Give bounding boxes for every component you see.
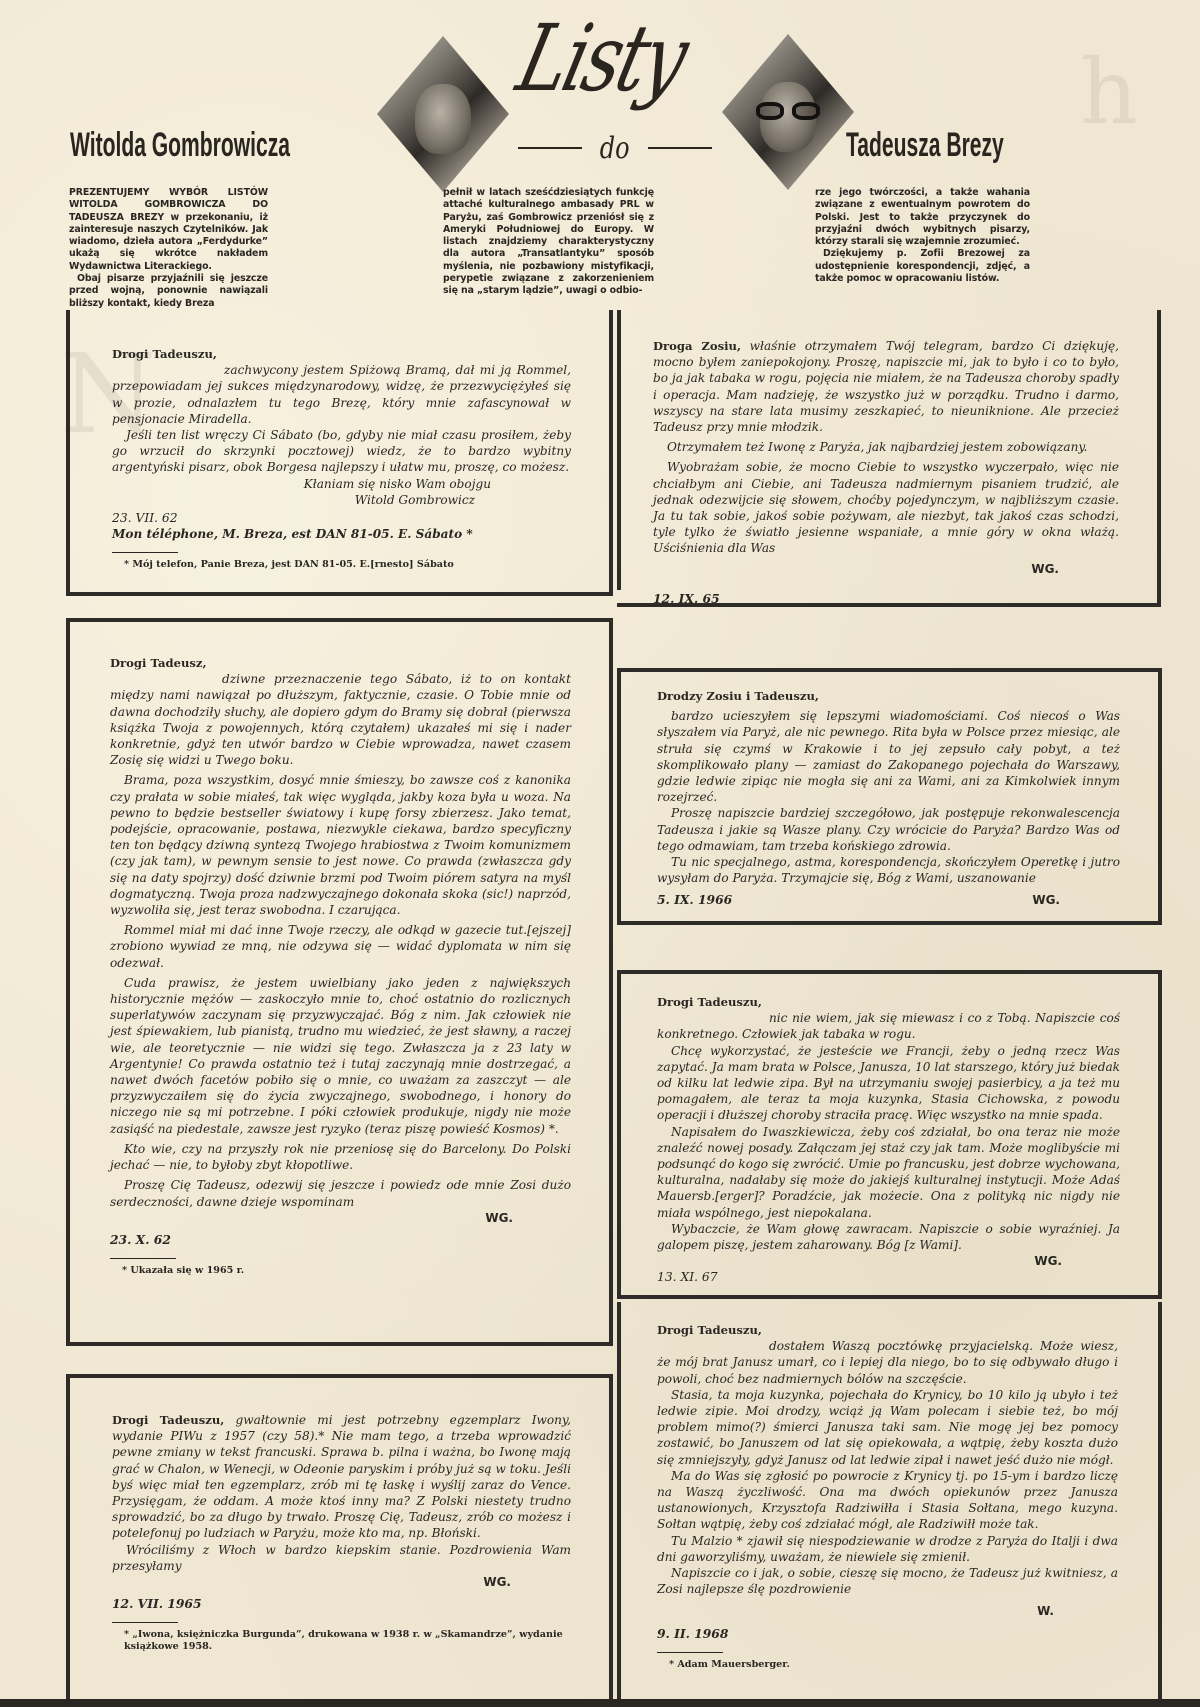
intro-paragraph: pełnił w latach sześćdziesiątych funkcję…	[443, 187, 654, 298]
letter-footnote: * „Iwona, księżniczka Burgunda”, drukowa…	[112, 1629, 571, 1653]
glasses-icon	[752, 102, 826, 122]
letter-signature: WG.	[1032, 892, 1120, 908]
box-left-border	[617, 310, 621, 590]
letter-salutation: Drogi Tadeuszu,	[112, 1413, 224, 1427]
letter-paragraph: nic nie wiem, jak się miewasz i co z Tob…	[657, 1010, 1120, 1042]
letter-paragraph: Cuda prawisz, że jestem uwielbiany jako …	[110, 975, 571, 1137]
footnote-rule	[112, 552, 178, 553]
letter-salutation: Drogi Tadeuszu,	[657, 1322, 1118, 1338]
portrait-breza	[722, 34, 854, 190]
rule-right	[648, 147, 712, 149]
letter-paragraph: Jeśli ten list wręczy Ci Sábato (bo, gdy…	[112, 427, 571, 476]
letter-signature: W.	[657, 1603, 1118, 1619]
letter-paragraph: Chcę wykorzystać, że jesteście we Francj…	[657, 1043, 1120, 1124]
letter-paragraph: dziwne przeznaczenie tego Sábato, iż to …	[110, 671, 571, 768]
letter-paragraph: Drogi Tadeuszu, gwałtownie mi jest potrz…	[112, 1412, 571, 1542]
letter-salutation: Drogi Tadeuszu,	[112, 346, 571, 362]
letter-signature: WG.	[657, 1253, 1120, 1269]
bleed-through-texture: h	[1080, 40, 1168, 145]
letter-date: 13. XI. 67	[657, 1269, 1120, 1285]
letter-paragraph: Napiszcie co i jak, o sobie, cieszę się …	[657, 1565, 1118, 1597]
letter-footnote: * Mój telefon, Panie Breza, jest DAN 81-…	[112, 559, 571, 571]
letter-box-1968-02-09: Drogi Tadeuszu, dostałem Waszą pocztówkę…	[617, 1302, 1162, 1707]
letter-salutation: Drogi Tadeuszu,	[657, 994, 1120, 1010]
letter-signature: Witold Gombrowicz	[112, 492, 571, 508]
author-from: Witolda Gombrowicza	[70, 120, 290, 170]
letter-box-1967-11-13: Drogi Tadeuszu, nic nie wiem, jak się mi…	[617, 970, 1162, 1299]
footnote-rule	[110, 1258, 176, 1259]
letter-salutation: Drogi Tadeusz,	[110, 655, 571, 671]
letter-paragraph: Proszę napiszcie bardziej szczegółowo, j…	[657, 805, 1120, 854]
letter-paragraph: Wyobrażam sobie, że mocno Ciebie to wszy…	[653, 459, 1119, 556]
letter-paragraph: Wróciliśmy z Włoch w bardzo kiepskim sta…	[112, 1542, 571, 1574]
page-bottom-edge	[0, 1699, 1200, 1707]
letter-date: 12. IX. 65	[653, 591, 1119, 607]
portrait-gombrowicz	[377, 36, 509, 192]
letter-date: 23. VII. 62	[112, 510, 571, 526]
letter-paragraph: Napisałem do Iwaszkiewicza, żeby coś zdz…	[657, 1124, 1120, 1221]
letter-box-1965-09-12: Droga Zosiu, właśnie otrzymałem Twój tel…	[617, 310, 1161, 607]
letter-signature: WG.	[653, 561, 1119, 577]
letter-paragraph: Otrzymałem też Iwonę z Paryża, jak najba…	[653, 439, 1119, 455]
intro-paragraph: PREZENTUJEMY WYBÓR LISTÓW WITOLDA GOMBRO…	[69, 187, 268, 273]
letter-paragraph: Stasia, ta moja kuzynka, pojechała do Kr…	[657, 1387, 1118, 1468]
letter-salutation: Drodzy Zosiu i Tadeuszu,	[657, 688, 1120, 704]
footnote-rule	[112, 1622, 178, 1623]
letter-box-1966-09-05: Drodzy Zosiu i Tadeuszu, bardzo ucieszył…	[617, 668, 1162, 925]
letter-footnote: * Adam Mauersberger.	[657, 1659, 1118, 1671]
letter-paragraph: dostałem Waszą pocztówkę przyjacielską. …	[657, 1338, 1118, 1387]
footnote-rule	[657, 1652, 723, 1653]
connector-word: do	[600, 131, 630, 166]
letter-date: 23. X. 62	[110, 1232, 571, 1248]
letter-paragraph: Ma do Was się zgłosić po powrocie z Kryn…	[657, 1468, 1118, 1533]
letter-date: 12. VII. 1965	[112, 1596, 571, 1612]
letter-paragraph: zachwycony jestem Spiżową Bramą, dał mi …	[112, 362, 571, 427]
letter-text: gwałtownie mi jest potrzebny egzemplarz …	[112, 1413, 571, 1540]
letter-paragraph: Kto wie, czy na przyszły rok nie przenio…	[110, 1141, 571, 1173]
title-connector: do	[490, 128, 740, 168]
intro-paragraph: rze jego twórczości, a także wahania zwi…	[815, 187, 1030, 248]
letter-date: 9. II. 1968	[657, 1626, 1118, 1642]
letter-box-1962-07-23: Drogi Tadeuszu, zachwycony jestem Spiżow…	[66, 310, 613, 596]
letter-postscript: Mon téléphone, M. Breza, est DAN 81-05. …	[112, 526, 571, 542]
letter-closing: Kłaniam się nisko Wam obojgu	[112, 476, 571, 492]
letter-text: właśnie otrzymałem Twój telegram, bardzo…	[653, 339, 1119, 434]
letter-box-1965-07-12: Drogi Tadeuszu, gwałtownie mi jest potrz…	[66, 1374, 613, 1707]
letter-box-1962-10-23: Drogi Tadeusz, dziwne przeznaczenie tego…	[66, 618, 613, 1346]
letter-paragraph: Wybaczcie, że Wam głowę zawracam. Napisz…	[657, 1221, 1120, 1253]
letter-paragraph: bardzo ucieszyłem się lepszymi wiadomośc…	[657, 708, 1120, 805]
intro-column-3: rze jego twórczości, a także wahania zwi…	[815, 187, 1030, 285]
letter-footnote: * Ukazała się w 1965 r.	[110, 1265, 571, 1277]
letter-paragraph: Rommel miał mi dać inne Twoje rzeczy, al…	[110, 922, 571, 971]
letter-date: 5. IX. 1966	[657, 892, 732, 908]
intro-paragraph: Obaj pisarze przyjaźnili się jeszcze prz…	[69, 273, 268, 310]
letter-signature: WG.	[112, 1574, 571, 1590]
letter-paragraph: Tu nic specjalnego, astma, korespondencj…	[657, 854, 1120, 886]
author-to: Tadeusza Brezy	[846, 120, 1004, 170]
page-title: Listy	[505, 4, 707, 124]
intro-paragraph: Dziękujemy p. Zofii Brezowej za udostępn…	[815, 248, 1030, 285]
letter-salutation: Droga Zosiu,	[653, 339, 741, 353]
letter-signature: WG.	[110, 1210, 571, 1226]
letter-paragraph: Proszę Cię Tadeusz, odezwij się jeszcze …	[110, 1177, 571, 1209]
intro-column-2: pełnił w latach sześćdziesiątych funkcję…	[443, 187, 654, 298]
rule-left	[518, 147, 582, 149]
letter-paragraph: Brama, poza wszystkim, dosyć mnie śmiesz…	[110, 772, 571, 918]
letter-paragraph: Droga Zosiu, właśnie otrzymałem Twój tel…	[653, 338, 1119, 435]
intro-column-1: PREZENTUJEMY WYBÓR LISTÓW WITOLDA GOMBRO…	[69, 187, 268, 310]
letter-paragraph: Tu Malzio * zjawił się niespodziewanie w…	[657, 1533, 1118, 1565]
